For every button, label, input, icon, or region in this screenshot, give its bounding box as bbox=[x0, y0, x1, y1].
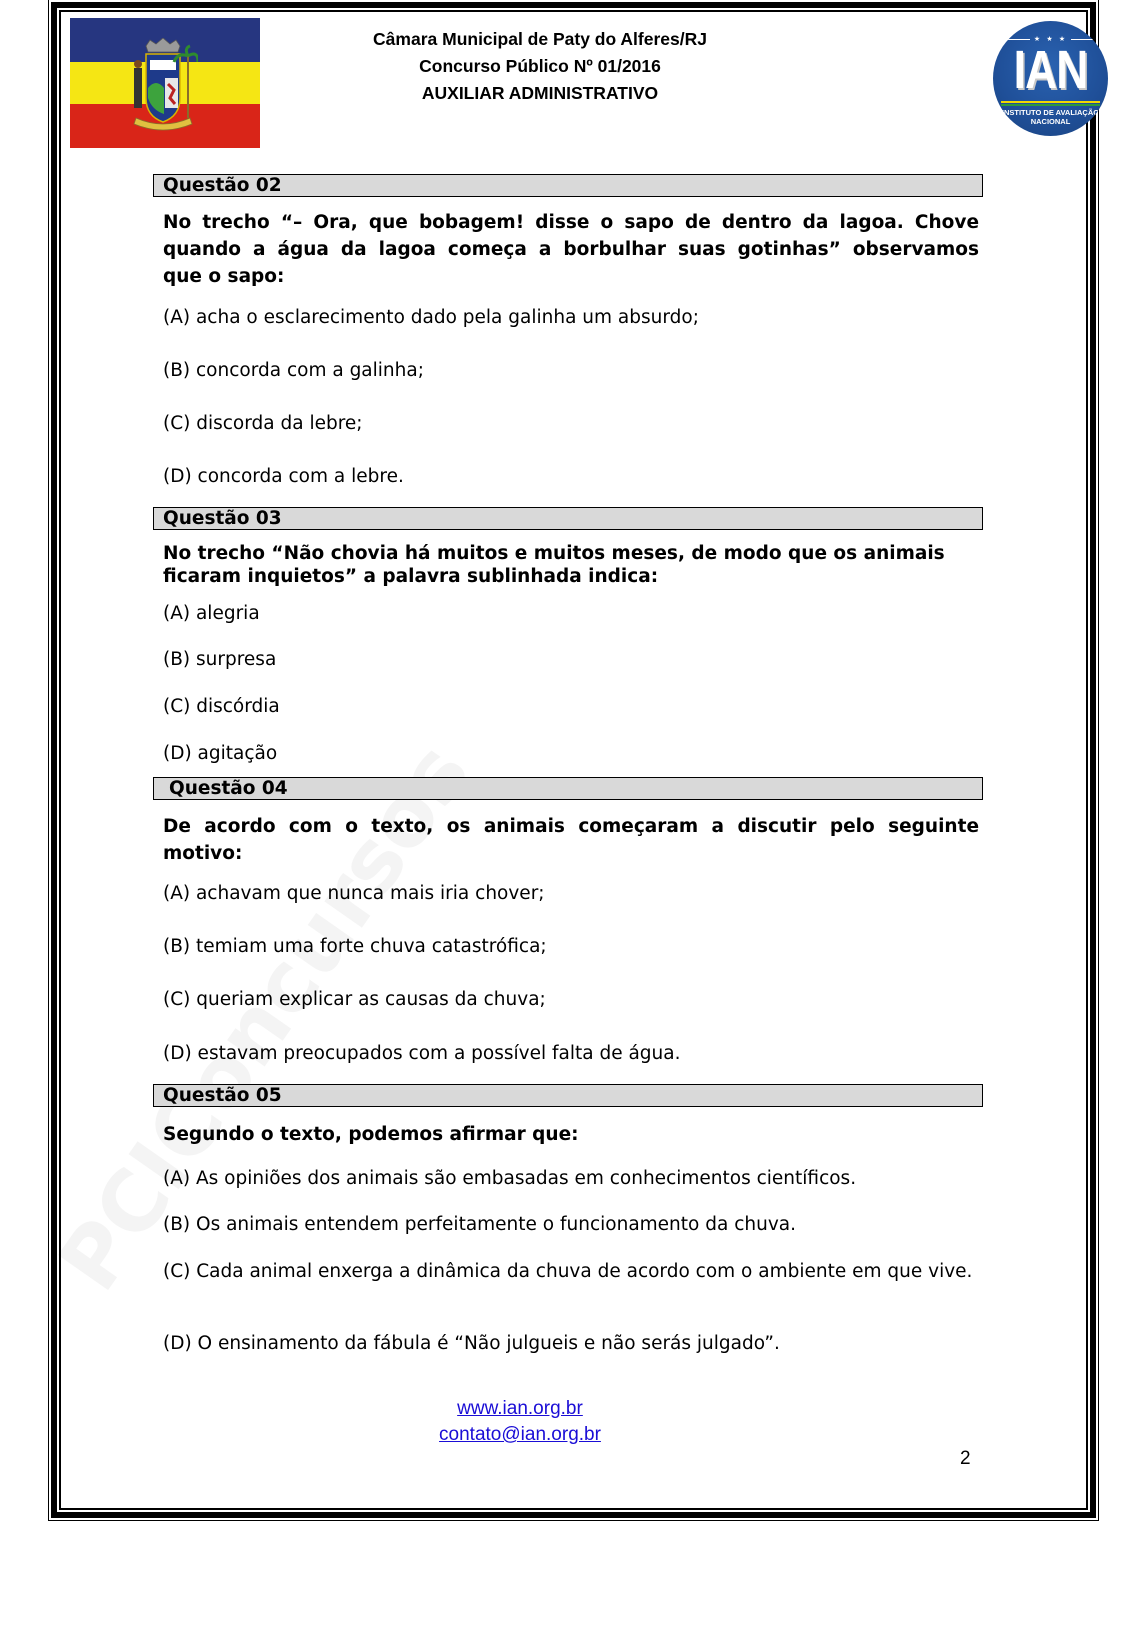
email-link[interactable]: contato@ian.org.br bbox=[340, 1424, 700, 1446]
header-line-contest: Concurso Público Nº 01/2016 bbox=[300, 53, 780, 80]
municipal-flag-logo bbox=[70, 18, 260, 148]
ian-logo: ★ ★ ★ IAN INSTITUTO DE AVALIAÇÃO NACIONA… bbox=[993, 21, 1108, 136]
option-04-c: (C) queriam explicar as causas da chuva; bbox=[163, 987, 979, 1013]
stem-line: que o sapo: bbox=[163, 263, 979, 290]
option-02-b: (B) concorda com a galinha; bbox=[163, 358, 979, 384]
logo-stripe-yellow bbox=[1001, 101, 1100, 103]
option-02-a: (A) acha o esclarecimento dado pela gali… bbox=[163, 305, 979, 331]
question-header-03: Questão 03 bbox=[153, 507, 983, 530]
stem-line: No trecho “Não chovia há muitos e muitos… bbox=[163, 542, 979, 565]
option-03-d: (D) agitação bbox=[163, 741, 979, 767]
coat-of-arms-icon bbox=[128, 38, 198, 136]
option-04-b: (B) temiam uma forte chuva catastrófica; bbox=[163, 934, 979, 960]
question-header-05: Questão 05 bbox=[153, 1084, 983, 1107]
option-03-b: (B) surpresa bbox=[163, 647, 979, 673]
ian-subtitle-line-2: NACIONAL bbox=[993, 117, 1108, 126]
question-stem-02: No trecho “– Ora, que bobagem! disse o s… bbox=[163, 209, 979, 290]
option-03-c: (C) discórdia bbox=[163, 694, 979, 720]
stem-line: ficaram inquietos” a palavra sublinhada … bbox=[163, 565, 979, 588]
option-02-c: (C) discorda da lebre; bbox=[163, 411, 979, 437]
option-04-d: (D) estavam preocupados com a possível f… bbox=[163, 1041, 979, 1067]
question-header-04: Questão 04 bbox=[153, 777, 983, 800]
header-line-position: AUXILIAR ADMINISTRATIVO bbox=[300, 80, 780, 107]
option-04-a: (A) achavam que nunca mais iria chover; bbox=[163, 881, 979, 907]
ian-subtitle-line-1: INSTITUTO DE AVALIAÇÃO bbox=[993, 108, 1108, 117]
option-03-a: (A) alegria bbox=[163, 601, 979, 627]
ian-logo-subtitle: INSTITUTO DE AVALIAÇÃO NACIONAL bbox=[993, 108, 1108, 126]
question-stem-03: No trecho “Não chovia há muitos e muitos… bbox=[163, 542, 979, 588]
stem-line: No trecho “– Ora, que bobagem! disse o s… bbox=[163, 209, 979, 236]
question-stem-04: De acordo com o texto, os animais começa… bbox=[163, 813, 979, 867]
stem-line: motivo: bbox=[163, 840, 979, 867]
document-header-title: Câmara Municipal de Paty do Alferes/RJ C… bbox=[300, 26, 780, 107]
ian-logo-letters: IAN bbox=[1003, 43, 1097, 97]
option-05-c: (C) Cada animal enxerga a dinâmica da ch… bbox=[163, 1259, 979, 1285]
page-number: 2 bbox=[960, 1448, 971, 1470]
option-05-d: (D) O ensinamento da fábula é “Não julgu… bbox=[163, 1331, 979, 1357]
logo-stripe-green bbox=[1001, 104, 1100, 106]
stem-line: De acordo com o texto, os animais começa… bbox=[163, 813, 979, 840]
header-line-institution: Câmara Municipal de Paty do Alferes/RJ bbox=[300, 26, 780, 53]
website-link[interactable]: www.ian.org.br bbox=[340, 1398, 700, 1420]
option-05-b: (B) Os animais entendem perfeitamente o … bbox=[163, 1212, 979, 1238]
stem-line: Segundo o texto, podemos afirmar que: bbox=[163, 1121, 979, 1148]
option-02-d: (D) concorda com a lebre. bbox=[163, 464, 979, 490]
question-stem-05: Segundo o texto, podemos afirmar que: bbox=[163, 1121, 979, 1148]
question-header-02: Questão 02 bbox=[153, 174, 983, 197]
option-05-a: (A) As opiniões dos animais são embasada… bbox=[163, 1166, 979, 1192]
stem-line: quando a água da lagoa começa a borbulha… bbox=[163, 236, 979, 263]
